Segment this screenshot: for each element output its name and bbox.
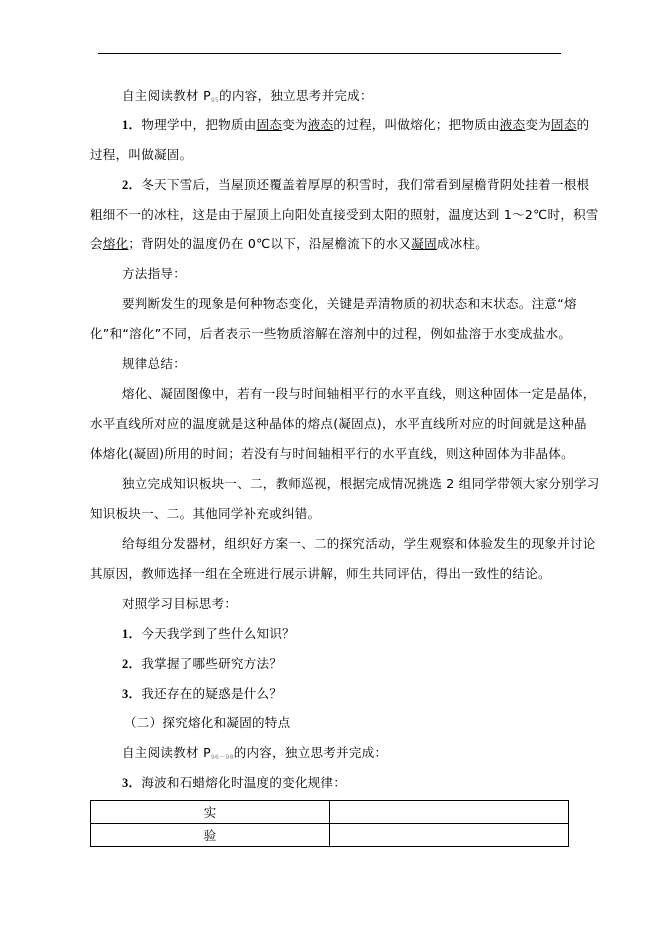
table-cell: 实 [91, 801, 330, 824]
reflect-title: 对照学习目标思考： [122, 597, 237, 611]
text: 冬天下雪后，当屋顶还覆盖着厚厚的积雪时，我们常看到屋檐背阴处挂着一根根 [141, 177, 589, 192]
item-number: 3． [122, 776, 141, 790]
text: 变为 [525, 117, 551, 132]
group-line-2: 其原因，教师选择一组在全班进行展示讲解，师生共同评估，得出一致性的结论。 [90, 567, 551, 581]
rule-line-1: 熔化、凝固图像中，若有一段与时间轴相平行的水平直线，则这种固体一定是晶体， [122, 387, 596, 401]
rule-line-2: 水平直线所对应的温度就是这种晶体的熔点(凝固点)，水平直线所对应的时间就是这种晶 [90, 417, 587, 431]
reflect-item-2: 2．我掌握了哪些研究方法？ [122, 657, 282, 671]
item-2-line-3: 会熔化；背阴处的温度仍在 0℃以下，沿屋檐流下的水又凝固成冰柱。 [90, 237, 488, 251]
item-number: 1． [122, 627, 141, 641]
text: 今天我学到了些什么知识？ [141, 626, 295, 641]
intro-paragraph-1: 自主阅读教材 P95的内容，独立思考并完成： [122, 89, 373, 108]
table-row: 实 [91, 801, 569, 824]
answer-underlined: 固态 [551, 117, 577, 132]
rule-line-3: 体熔化(凝固)所用的时间；若没有与时间轴相平行的水平直线，则这种固体为非晶体。 [90, 447, 574, 461]
item-2-line-1: 2．冬天下雪后，当屋顶还覆盖着厚厚的积雪时，我们常看到屋檐背阴处挂着一根根 [122, 178, 589, 192]
text: 的过程，叫做熔化；把物质由 [333, 117, 499, 132]
text: 物理学中，把物质由 [141, 117, 256, 132]
intro-text: 自主阅读教材 P [122, 88, 211, 103]
intro-text-end: 的内容，独立思考并完成： [219, 88, 373, 103]
item-2-line-2: 粗细不一的冰柱，这是由于屋顶上向阳处直接受到太阳的照射，温度达到 1～2℃时，积… [90, 208, 599, 222]
intro-text-end: 的内容，独立思考并完成： [234, 745, 388, 760]
table-row: 验 [91, 824, 569, 847]
item-number: 1． [122, 118, 141, 132]
item-1-line-2: 过程，叫做凝固。 [90, 148, 192, 162]
intro-paragraph-2: 自主阅读教材 P96～98的内容，独立思考并完成： [122, 746, 387, 765]
answer-underlined: 液态 [500, 117, 526, 132]
text: 会 [90, 236, 103, 251]
page-subscript: 96～98 [211, 754, 234, 761]
text: 的 [577, 117, 590, 132]
table-cell-empty[interactable] [330, 824, 569, 847]
text: 成冰柱。 [437, 236, 488, 251]
answer-underlined: 凝固 [411, 236, 437, 251]
experiment-table: 实 验 [90, 800, 569, 847]
item-number: 2． [122, 657, 141, 671]
header-rule [98, 53, 561, 54]
item-3: 3．海波和石蜡熔化时温度的变化规律： [122, 776, 346, 790]
reflect-item-1: 1．今天我学到了些什么知识？ [122, 627, 295, 641]
text: 海波和石蜡熔化时温度的变化规律： [141, 775, 346, 790]
table-cell: 验 [91, 824, 330, 847]
text: 变为 [282, 117, 308, 132]
reflect-item-3: 3．我还存在的疑惑是什么？ [122, 687, 282, 701]
text: 我还存在的疑惑是什么？ [141, 686, 282, 701]
method-line-1: 要判断发生的现象是何种物态变化，关键是弄清物质的初状态和末状态。注意“熔 [122, 297, 577, 311]
page-subscript: 95 [211, 97, 219, 104]
table-cell-empty[interactable] [330, 801, 569, 824]
group-line-1: 给每组分发器材，组织好方案一、二的探究活动，学生观察和体验发生的现象并讨论 [122, 537, 596, 551]
independent-line-1: 独立完成知识板块一、二，教师巡视，根据完成情况挑选 2 组同学带领大家分别学习 [122, 477, 600, 491]
intro-text: 自主阅读教材 P [122, 745, 211, 760]
text: 我掌握了哪些研究方法？ [141, 656, 282, 671]
item-1-line-1: 1．物理学中，把物质由固态变为液态的过程，叫做熔化；把物质由液态变为固态的 [122, 118, 589, 132]
text: ；背阴处的温度仍在 0℃以下，沿屋檐流下的水又 [128, 236, 411, 251]
item-number: 2． [122, 178, 141, 192]
answer-underlined: 液态 [308, 117, 334, 132]
answer-underlined: 熔化 [103, 236, 129, 251]
rule-title: 规律总结： [122, 357, 186, 371]
answer-underlined: 固态 [257, 117, 283, 132]
section-heading: （二）探究熔化和凝固的特点 [124, 716, 290, 730]
method-line-2: 化”和“溶化”不同，后者表示一些物质溶解在溶剂中的过程，例如盐溶于水变成盐水。 [90, 327, 571, 341]
independent-line-2: 知识板块一、二。其他同学补充或纠错。 [90, 507, 320, 521]
method-title: 方法指导： [122, 267, 186, 281]
item-number: 3． [122, 687, 141, 701]
